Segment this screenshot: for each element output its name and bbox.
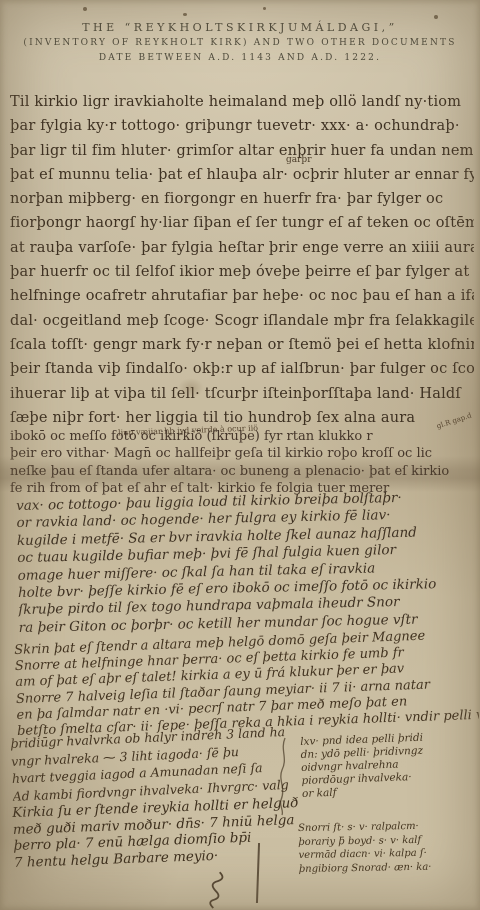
ink-speck <box>183 13 187 16</box>
witness-names-column: Snorri ſt· s· v· ralpalcm· þorariy þ̄ bo… <box>298 819 479 876</box>
manuscript-line: þar fylgia ky·r tottogo· griþungr tuevet… <box>10 114 474 138</box>
manuscript-line: fiorþongr haorgſ hy·liar ſiþan eſ ſer tu… <box>10 211 474 235</box>
manuscript-line: neſke þau eſ ſtanda ufer altara· oc bune… <box>10 463 474 480</box>
flourish-mark <box>204 870 228 910</box>
manuscript-line: norþan miþberg· en fiorgongr en huerfr f… <box>10 187 474 211</box>
manuscript-line: þar huerfr oc til ſelfoſ ikior meþ óveþe… <box>10 260 474 284</box>
manuscript-line: helfninge ocafretr ahrutafiar þar heþe· … <box>10 284 474 308</box>
facsimile-page: THE “REYKHOLTSKIRKJUMÁLDAGI,” (INVENTORY… <box>0 0 480 910</box>
manuscript-line: þngibiorg Snorad· æn· ka· <box>299 859 479 876</box>
manuscript-line: at rauþa varſoſe· þar fylgia heſtar þrir… <box>10 236 474 260</box>
whale-rights-left-column: þridiūgr hvalvrka ob halyr indreh 3 land… <box>10 722 305 805</box>
interlinear-gloss-garthr: garþr <box>286 155 312 165</box>
caption-title: THE “REYKHOLTSKIRKJUMÁLDAGI,” <box>0 20 480 36</box>
ink-speck <box>83 7 87 11</box>
whale-rights-right-column: lxv· pnd idea pelli þridi dn: ydō pelli·… <box>300 730 478 801</box>
manuscript-hand1: Til kirkio ligr iravkiaholte heimaland m… <box>10 90 474 430</box>
manuscript-line: þeir ero vithar· Magn̄ oc hallfeiþr geſa… <box>10 445 474 462</box>
manuscript-line: þar ligr til fim hluter· grimſor altar e… <box>10 139 474 163</box>
ink-speck <box>263 7 266 10</box>
caption-subtitle: (INVENTORY OF REYKHOLT KIRK) AND TWO OTH… <box>0 36 480 51</box>
manuscript-hand4: Skrin þat eſ ſtendr a altara meþ helgō d… <box>14 627 479 740</box>
ink-speck <box>434 15 438 19</box>
caption-date: DATE BETWEEN A.D. 1143 AND A.D. 1222. <box>0 51 480 66</box>
manuscript-line: þat eſ munnu telia· þat eſ hlauþa alr· o… <box>10 163 474 187</box>
manuscript-hand2: ibokō oc meſſo fotō oc ikirkiō (ſkruþe) … <box>10 428 474 498</box>
manuscript-line: ibokō oc meſſo fotō oc ikirkiō (ſkruþe) … <box>10 428 474 445</box>
dedication-text: Kirkia ſu er ſtende ireykia hollti er he… <box>12 795 314 871</box>
manuscript-line: ihuerar liþ at viþa til ſell· tſcurþr iſ… <box>10 382 474 406</box>
ink-smudge <box>178 378 204 398</box>
manuscript-line: þeir ſtanda viþ ſindalſo· okþ:r up af ia… <box>10 357 474 381</box>
manuscript-line: dal· ocgeitland meþ ſcoge· Scogr iſlanda… <box>10 309 474 333</box>
manuscript-line: ſcala tofſt· gengr mark fy·r neþan or ſt… <box>10 333 474 357</box>
manuscript-hand3: vax· oc tottogo· þau liggia loud til kir… <box>16 488 477 637</box>
plate-caption: THE “REYKHOLTSKIRKJUMÁLDAGI,” (INVENTORY… <box>0 20 480 66</box>
manuscript-line: Til kirkio ligr iravkiaholte heimaland m… <box>10 90 474 114</box>
